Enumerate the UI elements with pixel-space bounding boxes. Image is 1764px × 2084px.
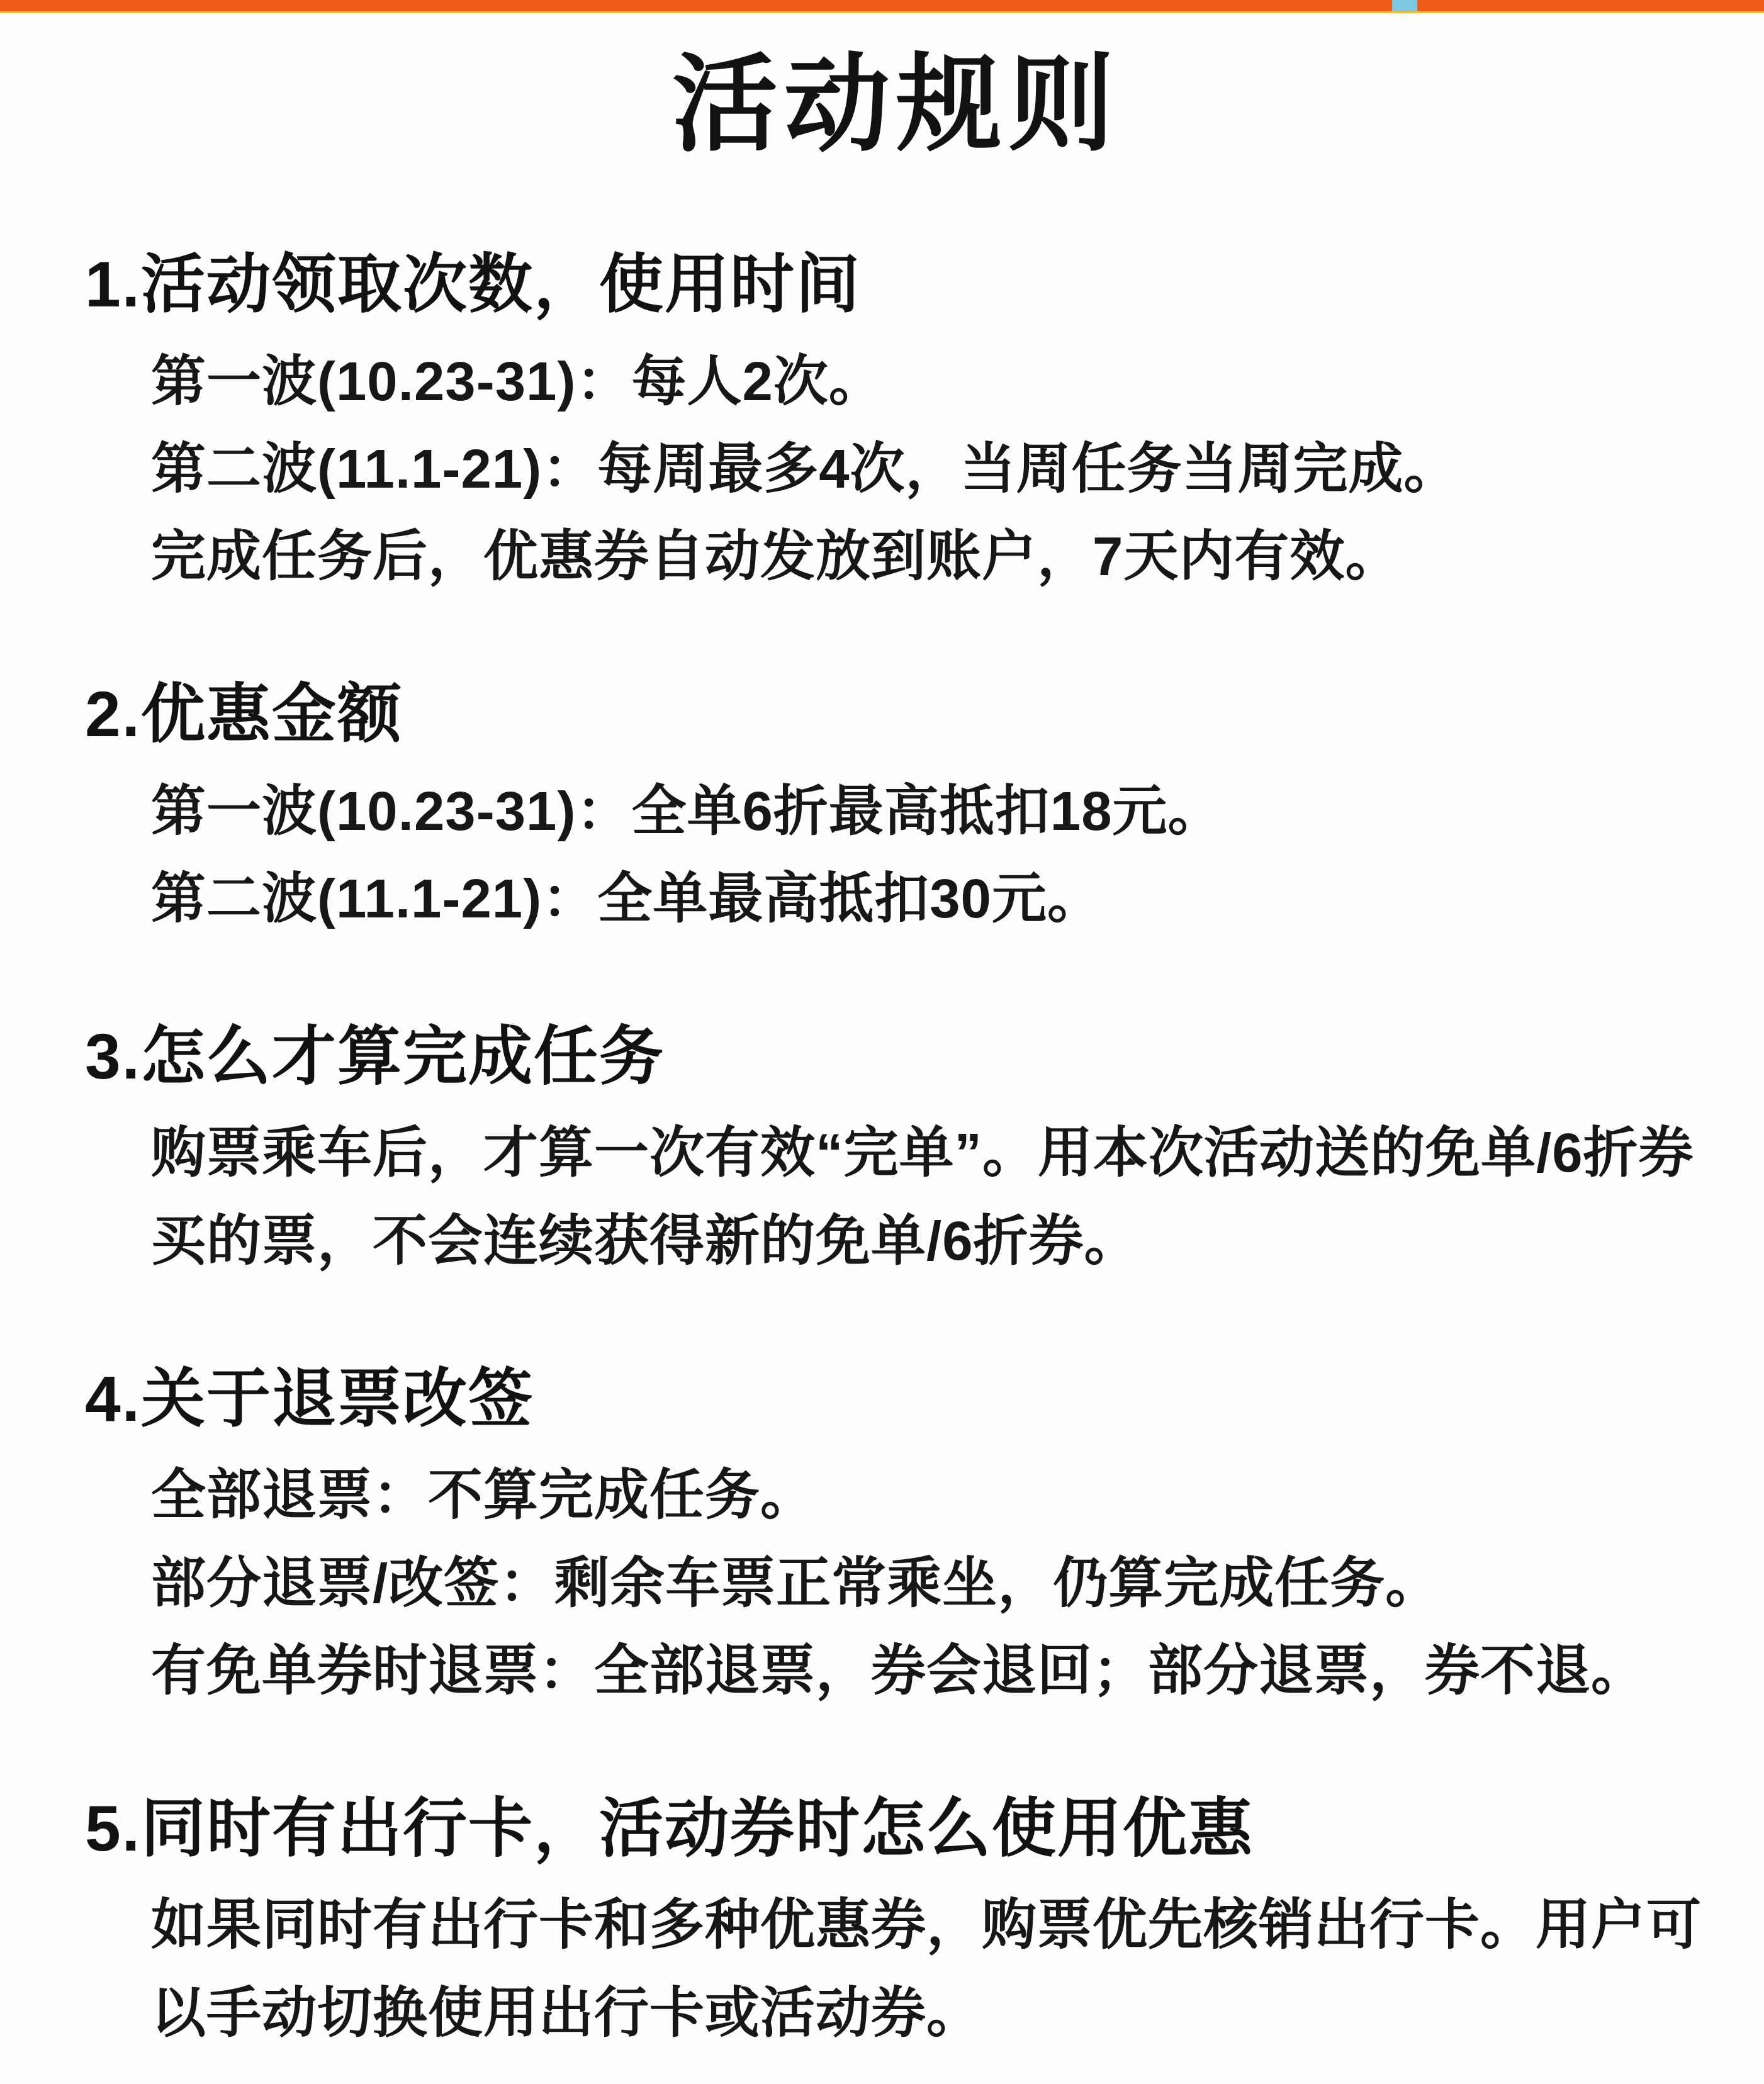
section-heading: 2.优惠金额 — [85, 675, 1707, 755]
rule-line: 第二波(11.1-21)：全单最高抵扣30元。 — [151, 855, 1707, 943]
rule-section: 4.关于退票改签 全部退票：不算完成任务。部分退票/改签：剩余车票正常乘坐，仍算… — [85, 1359, 1707, 1715]
rule-line: 第一波(10.23-31)：全单6折最高抵扣18元。 — [151, 768, 1707, 855]
rule-line: 部分退票/改签：剩余车票正常乘坐，仍算完成任务。 — [151, 1540, 1707, 1627]
section-body: 第一波(10.23-31)：全单6折最高抵扣18元。第二波(11.1-21)：全… — [85, 768, 1707, 943]
section-body: 第一波(10.23-31)：每人2次。第二波(11.1-21)：每周最多4次，当… — [85, 338, 1707, 601]
rules-content: 活动规则 1.活动领取次数，使用时间 第一波(10.23-31)：每人2次。第二… — [0, 13, 1764, 2057]
top-bar-accent — [1392, 0, 1417, 11]
rule-section: 3.怎么才算完成任务 购票乘车后，才算一次有效“完单”。用本次活动送的免单/6折… — [85, 1017, 1707, 1285]
page-title: 活动规则 — [85, 38, 1707, 171]
section-body: 如果同时有出行卡和多种优惠券，购票优先核销出行卡。用户可以手动切换使用出行卡或活… — [85, 1881, 1707, 2056]
rule-line: 全部退票：不算完成任务。 — [151, 1452, 1707, 1539]
rules-sections: 1.活动领取次数，使用时间 第一波(10.23-31)：每人2次。第二波(11.… — [85, 245, 1707, 2057]
section-heading: 4.关于退票改签 — [85, 1359, 1707, 1440]
rule-section: 1.活动领取次数，使用时间 第一波(10.23-31)：每人2次。第二波(11.… — [85, 245, 1707, 600]
rule-line: 第二波(11.1-21)：每周最多4次，当周任务当周完成。 — [151, 425, 1707, 513]
section-heading: 1.活动领取次数，使用时间 — [85, 245, 1707, 325]
rule-line: 第一波(10.23-31)：每人2次。 — [151, 338, 1707, 425]
rule-section: 5.同时有出行卡，活动券时怎么使用优惠 如果同时有出行卡和多种优惠券，购票优先核… — [85, 1789, 1707, 2057]
rule-line: 完成任务后，优惠券自动发放到账户，7天内有效。 — [151, 513, 1707, 600]
rule-line: 有免单券时退票：全部退票，券会退回；部分退票，券不退。 — [151, 1627, 1707, 1715]
top-bar — [0, 0, 1764, 13]
rule-line: 购票乘车后，才算一次有效“完单”。用本次活动送的免单/6折券买的票，不会连续获得… — [151, 1109, 1707, 1284]
rule-line: 如果同时有出行卡和多种优惠券，购票优先核销出行卡。用户可以手动切换使用出行卡或活… — [151, 1881, 1707, 2056]
rule-section: 2.优惠金额 第一波(10.23-31)：全单6折最高抵扣18元。第二波(11.… — [85, 675, 1707, 943]
rules-document: 活动规则 1.活动领取次数，使用时间 第一波(10.23-31)：每人2次。第二… — [0, 0, 1764, 2084]
section-body: 全部退票：不算完成任务。部分退票/改签：剩余车票正常乘坐，仍算完成任务。有免单券… — [85, 1452, 1707, 1715]
section-heading: 5.同时有出行卡，活动券时怎么使用优惠 — [85, 1789, 1707, 1869]
section-heading: 3.怎么才算完成任务 — [85, 1017, 1707, 1097]
section-body: 购票乘车后，才算一次有效“完单”。用本次活动送的免单/6折券买的票，不会连续获得… — [85, 1109, 1707, 1284]
